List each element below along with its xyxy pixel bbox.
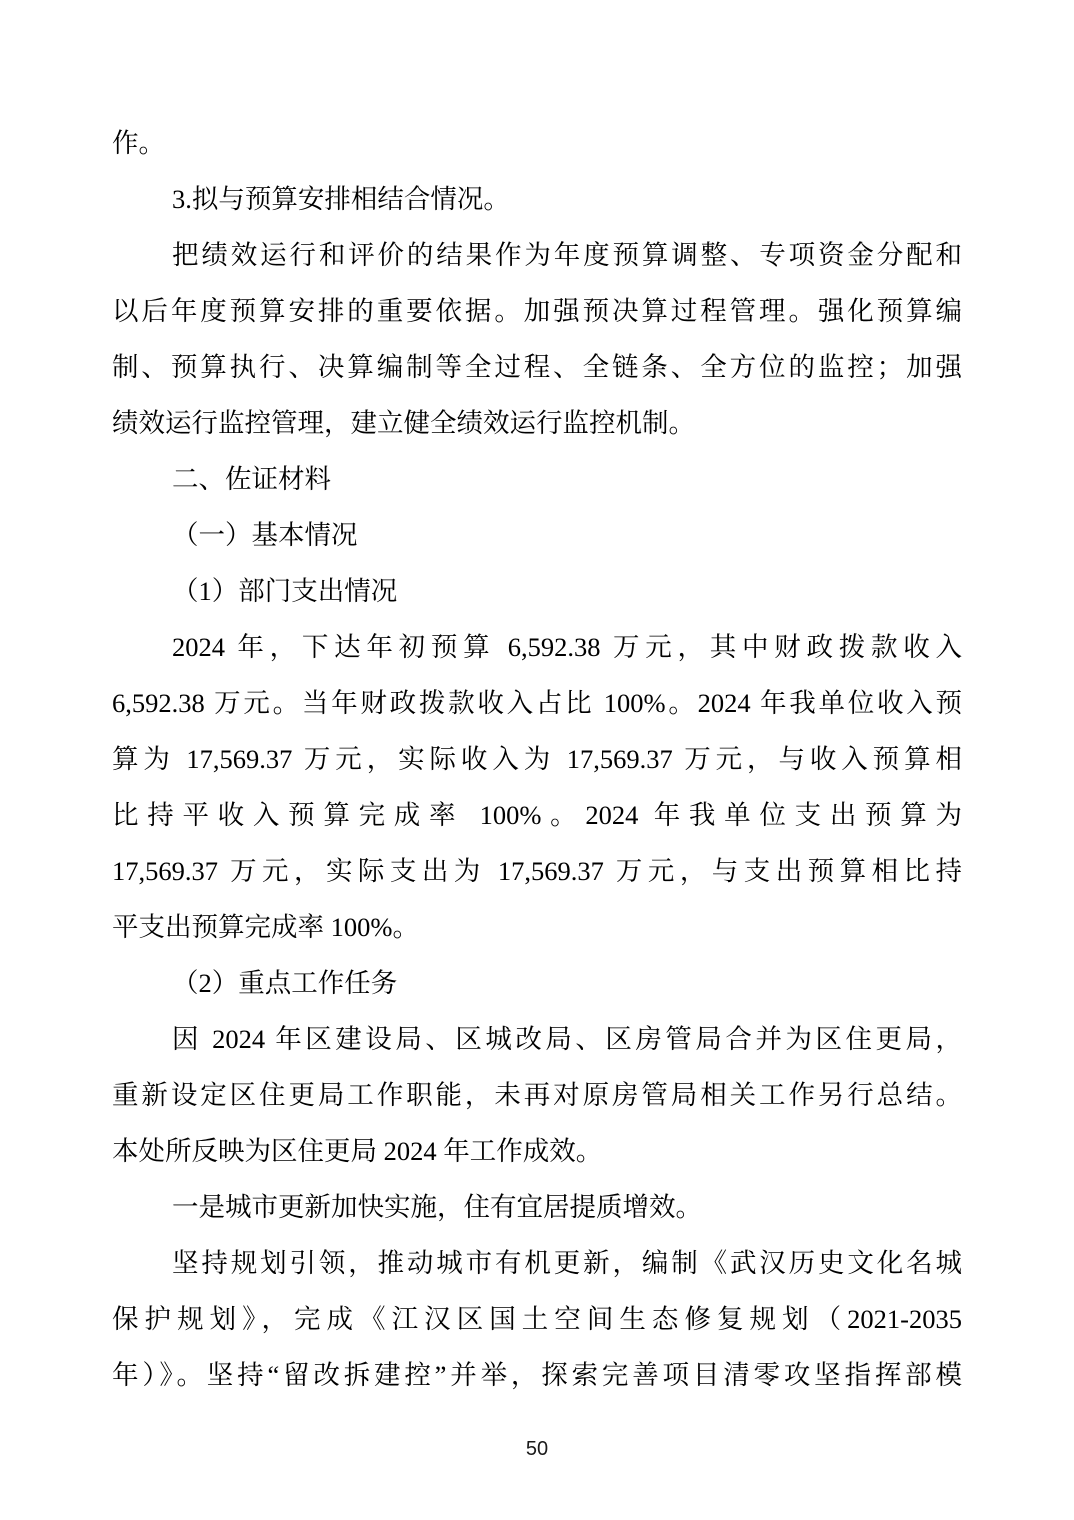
- page-footer: 50: [0, 1438, 1074, 1461]
- text-line: 把绩效运行和评价的结果作为年度预算调整、专项资金分配和: [112, 227, 962, 283]
- text-line: 坚持规划引领，推动城市有机更新，编制《武汉历史文化名城: [112, 1235, 962, 1291]
- text-line: 年）》。坚持“留改拆建控”并举，探索完善项目清零攻坚指挥部模: [112, 1347, 962, 1403]
- text-line: 因 2024 年区建设局、区城改局、区房管局合并为区住更局，: [112, 1011, 962, 1067]
- text-line: 一是城市更新加快实施，住有宜居提质增效。: [112, 1179, 962, 1235]
- section-heading-line: 二、佐证材料: [112, 451, 962, 507]
- subsection-heading-line: （1）部门支出情况: [112, 563, 962, 619]
- paragraph-continuation-line: 作。: [112, 115, 962, 171]
- text-line: 制、预算执行、决算编制等全过程、全链条、全方位的监控；加强: [112, 339, 962, 395]
- text-line: 17,569.37 万元，实际支出为 17,569.37 万元，与支出预算相比持: [112, 843, 962, 899]
- text-line: 6,592.38 万元。当年财政拨款收入占比 100%。2024 年我单位收入预: [112, 675, 962, 731]
- text-line: 2024 年，下达年初预算 6,592.38 万元，其中财政拨款收入: [112, 619, 962, 675]
- text-line: 以后年度预算安排的重要依据。加强预决算过程管理。强化预算编: [112, 283, 962, 339]
- text-line: 算为 17,569.37 万元，实际收入为 17,569.37 万元，与收入预算…: [112, 731, 962, 787]
- text-line: 平支出预算完成率 100%。: [112, 899, 962, 955]
- subsection-heading-line: （2）重点工作任务: [112, 955, 962, 1011]
- text-line: 本处所反映为区住更局 2024 年工作成效。: [112, 1123, 962, 1179]
- document-page: 作。 3.拟与预算安排相结合情况。 把绩效运行和评价的结果作为年度预算调整、专项…: [0, 0, 1074, 1520]
- document-body: 作。 3.拟与预算安排相结合情况。 把绩效运行和评价的结果作为年度预算调整、专项…: [112, 115, 962, 1403]
- text-line: 比持平收入预算完成率 100%。2024 年我单位支出预算为: [112, 787, 962, 843]
- text-line: 绩效运行监控管理，建立健全绩效运行监控机制。: [112, 395, 962, 451]
- numbered-heading-line: 3.拟与预算安排相结合情况。: [112, 171, 962, 227]
- text-line: 重新设定区住更局工作职能，未再对原房管局相关工作另行总结。: [112, 1067, 962, 1123]
- text-line: 保护规划》，完成《江汉区国土空间生态修复规划（2021-2035: [112, 1291, 962, 1347]
- subsection-heading-line: （一）基本情况: [112, 507, 962, 563]
- page-number: 50: [526, 1438, 548, 1460]
